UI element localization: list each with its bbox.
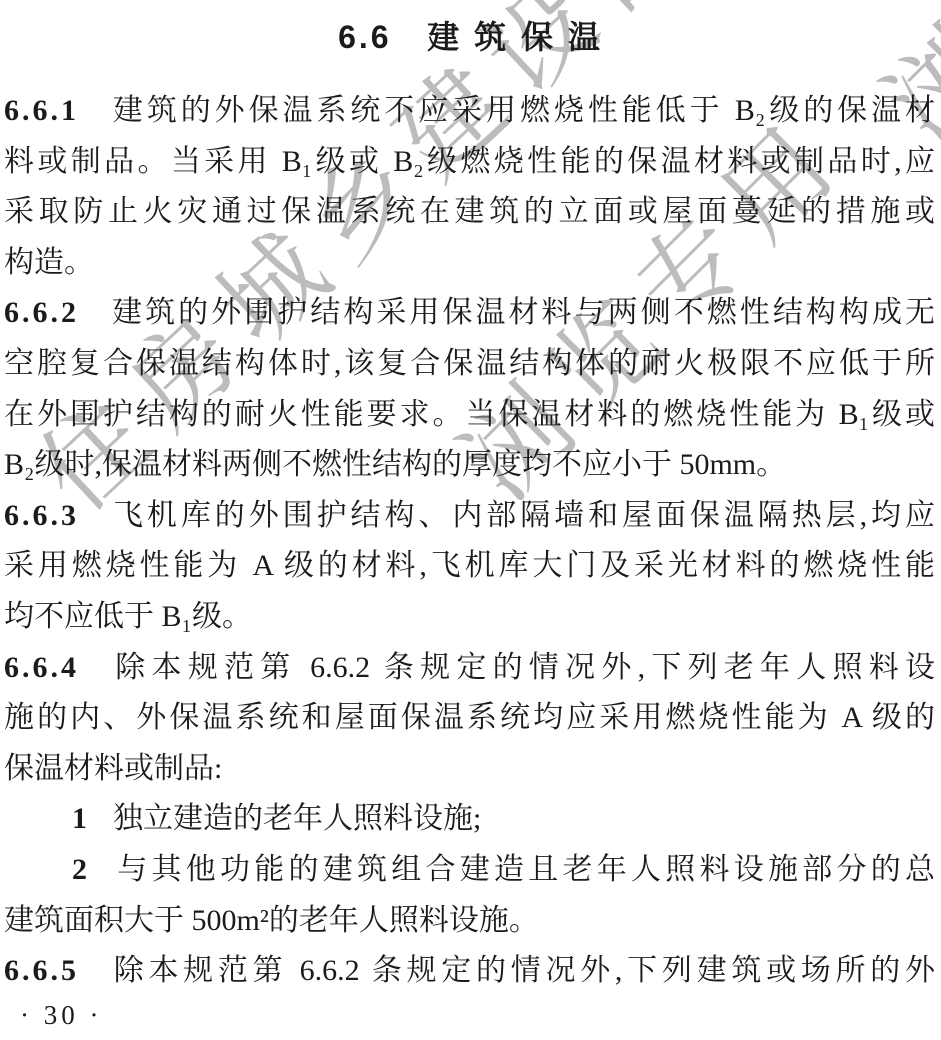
text-line: 1独立建造的老年人照料设施; [4,794,935,845]
text-line: 空腔复合保温结构体时,该复合保温结构体的耐火极限不应低于所 [4,339,935,390]
line-text: 独立建造的老年人照料设施; [113,802,481,835]
line-text: 采用燃烧性能为 A 级的材料,飞机库大门及采光材料的燃烧性能 [4,549,935,582]
clause-number: 6.6.4 [4,651,79,684]
line-text: 在外围护结构的耐火性能要求。当保温材料的燃烧性能为 B₁级或 [4,398,935,431]
text-line: 料或制品。当采用 B₁级或 B₂级燃烧性能的保温材料或制品时,应 [4,137,935,188]
line-text: 除本规范第 6.6.2 条规定的情况外,下列老年人照料设 [109,651,935,684]
text-line: 6.6.2建筑的外围护结构采用保温材料与两侧不燃性结构构成无 [4,288,935,339]
text-line: 构造。 [4,238,935,289]
line-text: 除本规范第 6.6.2 条规定的情况外,下列建筑或场所的外 [109,954,935,987]
text-line: 施的内、外保温系统和屋面保温系统均应采用燃烧性能为 A 级的 [4,693,935,744]
clause-number: 6.6.3 [4,499,79,532]
item-number: 1 [72,802,87,835]
text-line: 6.6.4除本规范第 6.6.2 条规定的情况外,下列老年人照料设 [4,643,935,694]
text-line: 在外围护结构的耐火性能要求。当保温材料的燃烧性能为 B₁级或 [4,390,935,441]
line-text: B₂级时,保温材料两侧不燃性结构的厚度均不应小于 50mm。 [4,448,786,481]
clause-number: 6.6.2 [4,296,79,329]
line-text: 保温材料或制品: [4,752,222,785]
line-text: 与其他功能的建筑组合建造且老年人照料设施部分的总 [113,853,935,886]
page-number: · 30 · [20,1000,102,1031]
line-text: 施的内、外保温系统和屋面保温系统均应采用燃烧性能为 A 级的 [4,701,935,734]
text-line: 均不应低于 B₁级。 [4,592,935,643]
document-page: 住房城乡建设部 浏览专用 浏览专用 6.6 建 筑 保 温 6.6.1建筑的外保… [0,0,941,1040]
section-title: 6.6 建 筑 保 温 [0,12,941,58]
text-line: 2与其他功能的建筑组合建造且老年人照料设施部分的总 [4,845,935,896]
item-number: 2 [72,853,87,886]
line-text: 料或制品。当采用 B₁级或 B₂级燃烧性能的保温材料或制品时,应 [4,145,935,178]
text-line: 采用燃烧性能为 A 级的材料,飞机库大门及采光材料的燃烧性能 [4,541,935,592]
line-text: 构造。 [4,246,94,279]
body-lines: 6.6.1建筑的外保温系统不应采用燃烧性能低于 B₂级的保温材料或制品。当采用 … [4,86,935,997]
line-text: 飞机库的外围护结构、内部隔墙和屋面保温隔热层,均应 [109,499,935,532]
clause-number: 6.6.5 [4,954,79,987]
line-text: 建筑的外围护结构采用保温材料与两侧不燃性结构构成无 [109,296,935,329]
line-text: 建筑的外保温系统不应采用燃烧性能低于 B₂级的保温材 [109,94,935,127]
text-line: 6.6.3飞机库的外围护结构、内部隔墙和屋面保温隔热层,均应 [4,491,935,542]
line-text: 空腔复合保温结构体时,该复合保温结构体的耐火极限不应低于所 [4,347,935,380]
line-text: 建筑面积大于 500m²的老年人照料设施。 [4,904,539,937]
line-text: 均不应低于 B₁级。 [4,600,252,633]
text-line: 建筑面积大于 500m²的老年人照料设施。 [4,896,935,947]
text-line: 采取防止火灾通过保温系统在建筑的立面或屋面蔓延的措施或 [4,187,935,238]
text-line: 6.6.1建筑的外保温系统不应采用燃烧性能低于 B₂级的保温材 [4,86,935,137]
text-line: B₂级时,保温材料两侧不燃性结构的厚度均不应小于 50mm。 [4,440,935,491]
line-text: 采取防止火灾通过保温系统在建筑的立面或屋面蔓延的措施或 [4,195,935,228]
clause-number: 6.6.1 [4,94,79,127]
text-line: 保温材料或制品: [4,744,935,795]
text-line: 6.6.5除本规范第 6.6.2 条规定的情况外,下列建筑或场所的外 [4,946,935,997]
